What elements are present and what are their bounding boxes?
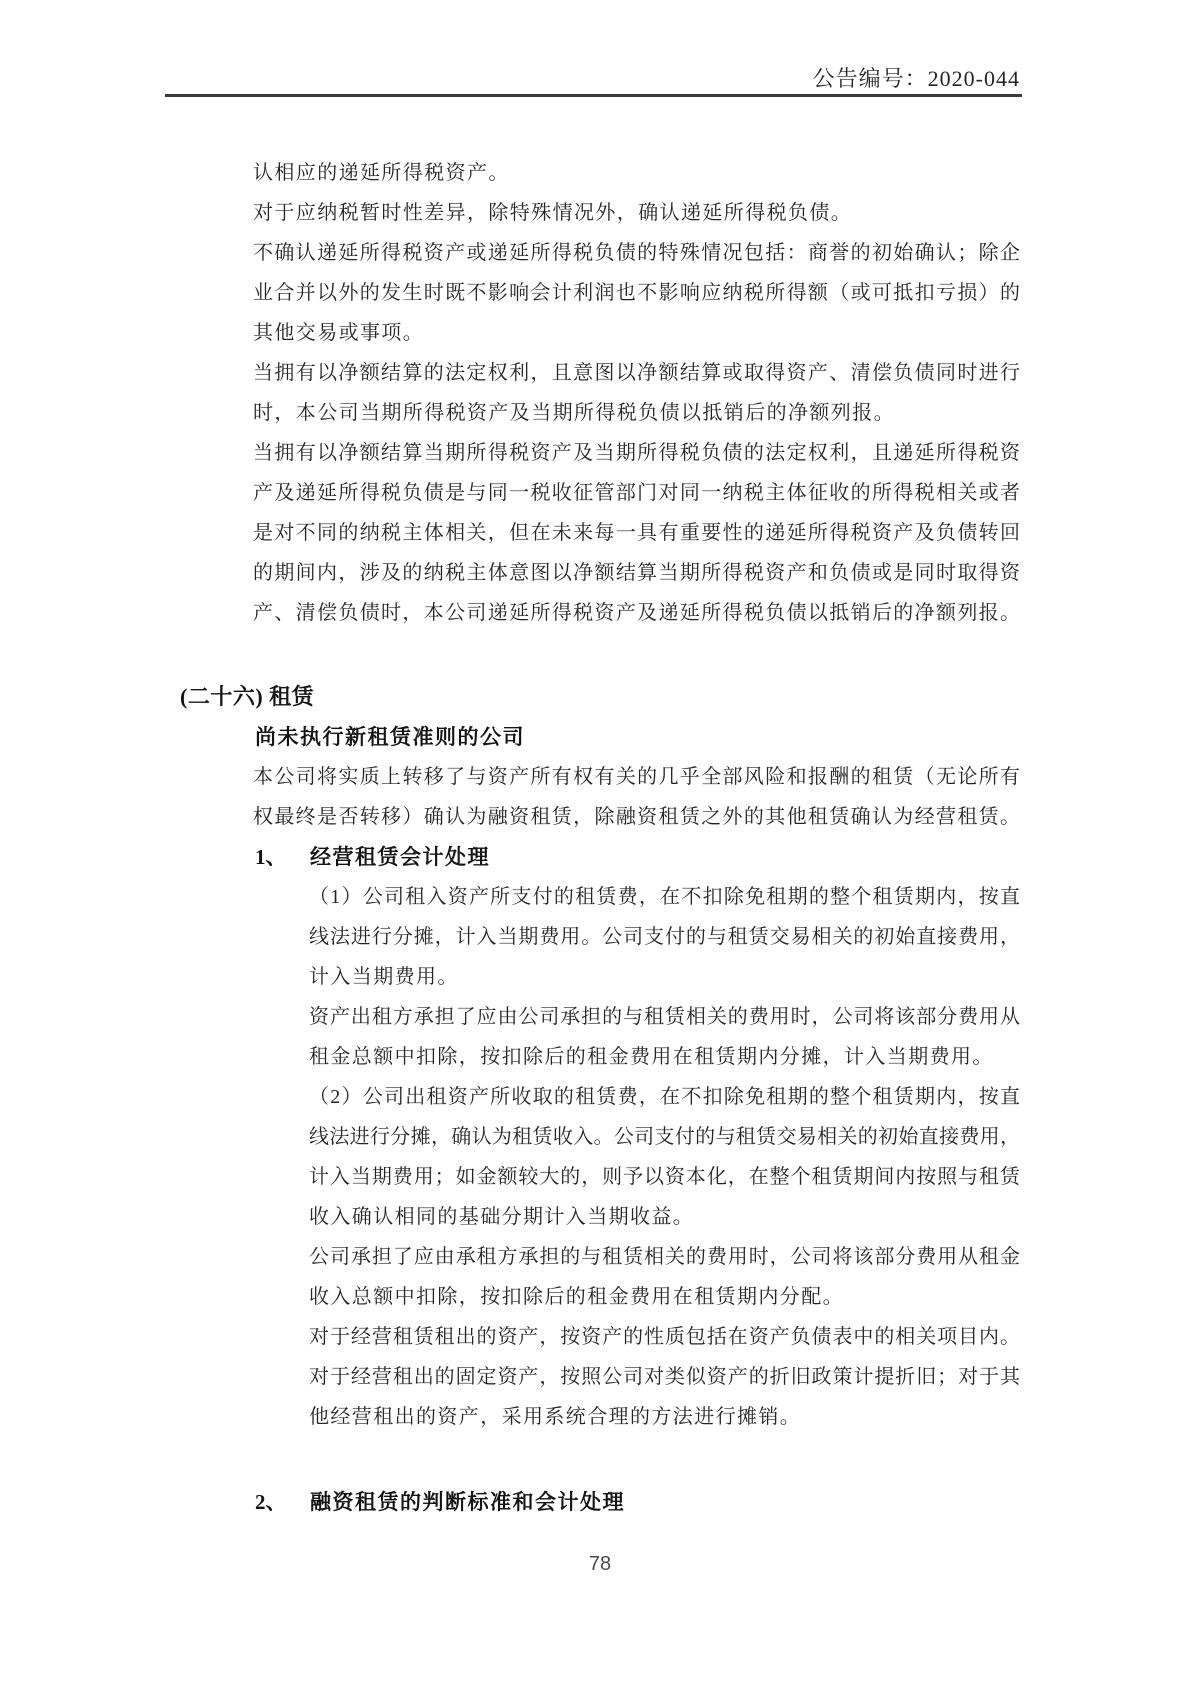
text-line: 收入总额中扣除，按扣除后的租金费用在租赁期内分配。 [309,1277,1020,1317]
announcement-number: 公告编号：2020-044 [813,62,1020,93]
text-line: 计入当期费用。 [309,957,1020,997]
text-line: 公司承担了应由承租方承担的与租赁相关的费用时，公司将该部分费用从租金 [309,1237,1020,1277]
lease-intro-paragraph: 本公司将实质上转移了与资产所有权有关的几乎全部风险和报酬的租赁（无论所有权最终是… [253,757,1020,837]
text-line: 线法进行分摊，计入当期费用。公司支付的与租赁交易相关的初始直接费用， [309,917,1020,957]
deferred-tax-paragraphs: 认相应的递延所得税资产。对于应纳税暂时性差异，除特殊情况外，确认递延所得税负债。… [253,153,1020,633]
text-line: 认相应的递延所得税资产。 [253,153,1020,193]
text-line: 资产出租方承担了应由公司承担的与租赁相关的费用时，公司将该部分费用从 [309,997,1020,1037]
text-line: 产及递延所得税负债是与同一税收征管部门对同一纳税主体征收的所得税相关或者 [253,473,1020,513]
text-line: 收入确认相同的基础分期计入当期收益。 [309,1197,1020,1237]
text-line: 时，本公司当期所得税资产及当期所得税负债以抵销后的净额列报。 [253,393,1020,433]
text-line: 对于经营租赁租出的资产，按资产的性质包括在资产负债表中的相关项目内。 [309,1317,1020,1357]
text-line: 当拥有以净额结算当期所得税资产及当期所得税负债的法定权利，且递延所得税资 [253,433,1020,473]
document-page: 公告编号：2020-044 认相应的递延所得税资产。对于应纳税暂时性差异，除特殊… [0,0,1200,1697]
text-line: 的期间内，涉及的纳税主体意图以净额结算当期所得税资产和负债或是同时取得资 [253,553,1020,593]
text-line: 对于应纳税暂时性差异，除特殊情况外，确认递延所得税负债。 [253,193,1020,233]
document-body: 认相应的递延所得税资产。对于应纳税暂时性差异，除特殊情况外，确认递延所得税负债。… [0,153,1200,1522]
page-number: 78 [0,1550,1200,1578]
list-item-number: 2、 [255,1482,310,1522]
text-line: 其他交易或事项。 [253,313,1020,353]
list-item-title: 融资租赁的判断标准和会计处理 [310,1490,625,1514]
text-line: 产、清偿负债时，本公司递延所得税资产及递延所得税负债以抵销后的净额列报。 [253,593,1020,633]
item-1-heading: 1、经营租赁会计处理 [255,837,1200,877]
lease-section-heading: (二十六) 租赁 [180,677,1200,717]
text-line: 业合并以外的发生时既不影响会计利润也不影响应纳税所得额（或可抵扣亏损）的 [253,273,1020,313]
text-line: 线法进行分摊，确认为租赁收入。公司支付的与租赁交易相关的初始直接费用， [309,1117,1020,1157]
list-item-number: 1、 [255,837,310,877]
item-1-paragraphs: （1）公司租入资产所支付的租赁费，在不扣除免租期的整个租赁期内，按直线法进行分摊… [309,877,1020,1437]
text-line: 计入当期费用；如金额较大的，则予以资本化，在整个租赁期间内按照与租赁 [309,1157,1020,1197]
header-rule [165,94,1022,97]
lease-subheading: 尚未执行新租赁准则的公司 [255,717,1200,757]
item-2-heading: 2、融资租赁的判断标准和会计处理 [255,1482,1200,1522]
text-line: 当拥有以净额结算的法定权利，且意图以净额结算或取得资产、清偿负债同时进行 [253,353,1020,393]
list-item-title: 经营租赁会计处理 [310,845,490,869]
text-line: 本公司将实质上转移了与资产所有权有关的几乎全部风险和报酬的租赁（无论所有 [253,757,1020,797]
text-line: （2）公司出租资产所收取的租赁费，在不扣除免租期的整个租赁期内，按直 [309,1077,1020,1117]
text-line: 是对不同的纳税主体相关，但在未来每一具有重要性的递延所得税资产及负债转回 [253,513,1020,553]
text-line: 不确认递延所得税资产或递延所得税负债的特殊情况包括：商誉的初始确认；除企 [253,233,1020,273]
text-line: 权最终是否转移）确认为融资租赁，除融资租赁之外的其他租赁确认为经营租赁。 [253,797,1020,837]
text-line: 对于经营租出的固定资产，按照公司对类似资产的折旧政策计提折旧；对于其 [309,1357,1020,1397]
text-line: 租金总额中扣除，按扣除后的租金费用在租赁期内分摊，计入当期费用。 [309,1037,1020,1077]
text-line: （1）公司租入资产所支付的租赁费，在不扣除免租期的整个租赁期内，按直 [309,877,1020,917]
text-line: 他经营租出的资产，采用系统合理的方法进行摊销。 [309,1397,1020,1437]
